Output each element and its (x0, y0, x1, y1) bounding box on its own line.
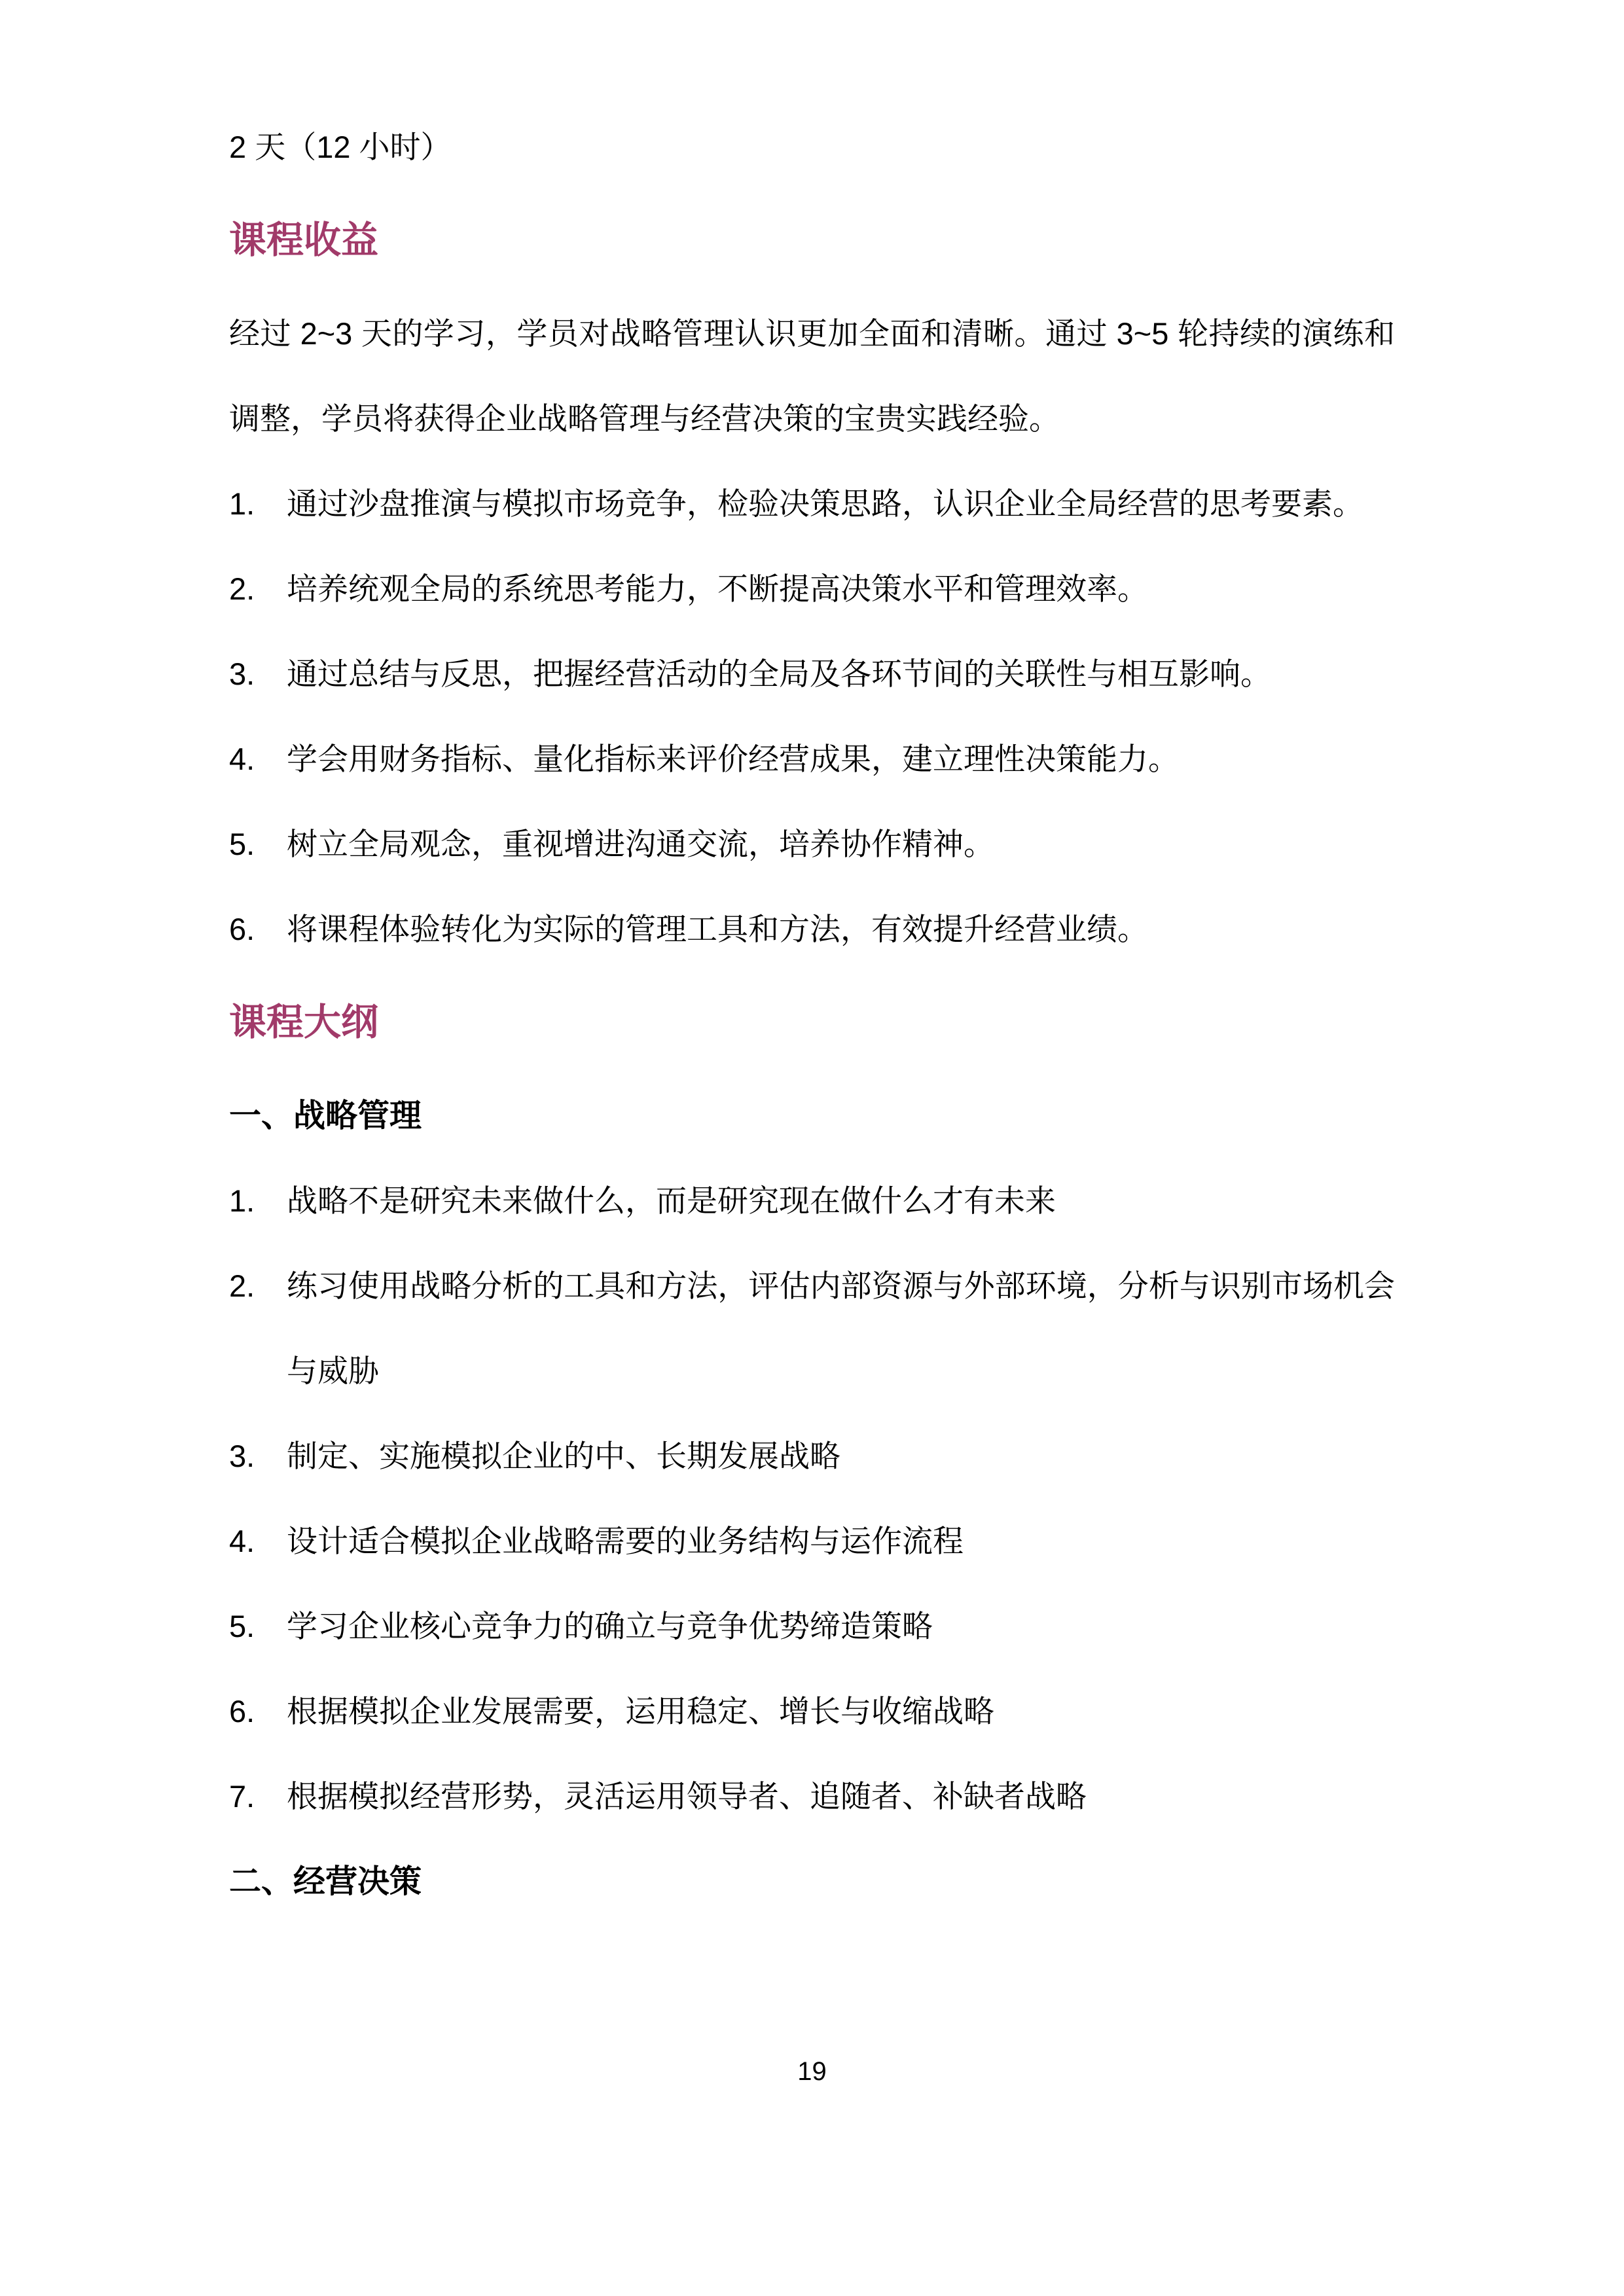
list-item-number: 4. (229, 1499, 287, 1584)
list-item-text: 根据模拟经营形势，灵活运用领导者、追随者、补缺者战略 (287, 1754, 1395, 1839)
benefits-list: 1. 通过沙盘推演与模拟市场竞争，检验决策思路，认识企业全局经营的思考要素。 2… (229, 461, 1395, 972)
list-item-text: 战略不是研究未来做什么，而是研究现在做什么才有未来 (287, 1158, 1395, 1244)
list-item: 4. 学会用财务指标、量化指标来评价经营成果，建立理性决策能力。 (229, 717, 1395, 802)
list-item: 7. 根据模拟经营形势，灵活运用领导者、追随者、补缺者战略 (229, 1754, 1395, 1839)
list-item: 6. 根据模拟企业发展需要，运用稳定、增长与收缩战略 (229, 1669, 1395, 1754)
list-item: 2. 练习使用战略分析的工具和方法，评估内部资源与外部环境，分析与识别市场机会与… (229, 1244, 1395, 1414)
list-item-text: 培养统观全局的系统思考能力，不断提高决策水平和管理效率。 (287, 547, 1395, 632)
list-item: 5. 树立全局观念，重视增进沟通交流，培养协作精神。 (229, 802, 1395, 887)
list-item-text: 练习使用战略分析的工具和方法，评估内部资源与外部环境，分析与识别市场机会与威胁 (287, 1244, 1395, 1414)
list-item-text: 制定、实施模拟企业的中、长期发展战略 (287, 1414, 1395, 1499)
list-item-text: 通过总结与反思，把握经营活动的全局及各环节间的关联性与相互影响。 (287, 632, 1395, 717)
outline-section2-title: 二、经营决策 (229, 1839, 1395, 1924)
page-content: 2 天（12 小时） 课程收益 经过 2~3 天的学习，学员对战略管理认识更加全… (229, 105, 1395, 1924)
list-item-number: 2. (229, 547, 287, 632)
list-item-number: 5. (229, 1584, 287, 1669)
list-item: 6. 将课程体验转化为实际的管理工具和方法，有效提升经营业绩。 (229, 887, 1395, 972)
list-item-text: 树立全局观念，重视增进沟通交流，培养协作精神。 (287, 802, 1395, 887)
list-item: 3. 制定、实施模拟企业的中、长期发展战略 (229, 1414, 1395, 1499)
list-item-number: 3. (229, 632, 287, 717)
list-item-text: 根据模拟企业发展需要，运用稳定、增长与收缩战略 (287, 1669, 1395, 1754)
list-item: 1. 战略不是研究未来做什么，而是研究现在做什么才有未来 (229, 1158, 1395, 1244)
list-item-number: 4. (229, 717, 287, 802)
document-page: 2 天（12 小时） 课程收益 经过 2~3 天的学习，学员对战略管理认识更加全… (0, 0, 1624, 2296)
list-item: 2. 培养统观全局的系统思考能力，不断提高决策水平和管理效率。 (229, 547, 1395, 632)
benefits-intro-paragraph: 经过 2~3 天的学习，学员对战略管理认识更加全面和清晰。通过 3~5 轮持续的… (229, 291, 1395, 461)
list-item: 3. 通过总结与反思，把握经营活动的全局及各环节间的关联性与相互影响。 (229, 632, 1395, 717)
page-number: 19 (0, 2029, 1624, 2114)
list-item: 1. 通过沙盘推演与模拟市场竞争，检验决策思路，认识企业全局经营的思考要素。 (229, 461, 1395, 547)
outline-section1-title: 一、战略管理 (229, 1073, 1395, 1158)
list-item-text: 学习企业核心竞争力的确立与竞争优势缔造策略 (287, 1584, 1395, 1669)
course-duration: 2 天（12 小时） (229, 105, 1395, 190)
list-item-number: 3. (229, 1414, 287, 1499)
list-item-text: 通过沙盘推演与模拟市场竞争，检验决策思路，认识企业全局经营的思考要素。 (287, 461, 1395, 547)
list-item-text: 将课程体验转化为实际的管理工具和方法，有效提升经营业绩。 (287, 887, 1395, 972)
outline-heading: 课程大纲 (229, 972, 1395, 1073)
list-item-number: 1. (229, 1158, 287, 1244)
list-item-text: 学会用财务指标、量化指标来评价经营成果，建立理性决策能力。 (287, 717, 1395, 802)
outline-section1-list: 1. 战略不是研究未来做什么，而是研究现在做什么才有未来 2. 练习使用战略分析… (229, 1158, 1395, 1839)
list-item-text: 设计适合模拟企业战略需要的业务结构与运作流程 (287, 1499, 1395, 1584)
list-item-number: 6. (229, 1669, 287, 1754)
list-item-number: 5. (229, 802, 287, 887)
benefits-heading: 课程收益 (229, 190, 1395, 291)
list-item: 4. 设计适合模拟企业战略需要的业务结构与运作流程 (229, 1499, 1395, 1584)
list-item-number: 2. (229, 1244, 287, 1329)
list-item-number: 7. (229, 1754, 287, 1839)
list-item-number: 1. (229, 461, 287, 547)
list-item: 5. 学习企业核心竞争力的确立与竞争优势缔造策略 (229, 1584, 1395, 1669)
list-item-number: 6. (229, 887, 287, 972)
